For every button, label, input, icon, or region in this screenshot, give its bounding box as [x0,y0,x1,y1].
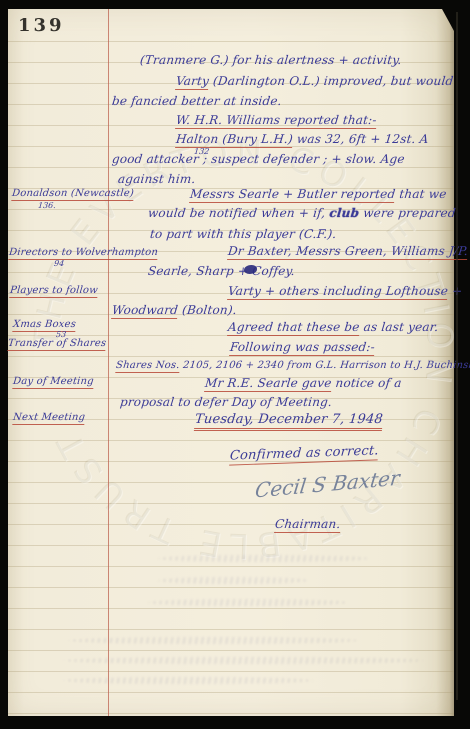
underlined-text: Varty [175,74,210,90]
underlined-text: Transfer of Shares [7,338,107,351]
body-text: notice of a [331,376,403,390]
overwritten-word: club [329,206,360,220]
minute-book-page: THE EVERTON COLLECTION CHARITABLE TRUST … [8,9,454,716]
body-text: would be notified when + if, [147,206,330,220]
bleedthrough-mark [68,637,358,644]
margin-note-directors: Directors to Wolverhampton [8,246,158,260]
body-text: (Darlington O.L.) improved, but would [208,74,454,88]
body-line: W. H.R. Williams reported that:- [175,113,377,127]
underlined-text: Donaldson (Newcastle) [11,188,134,201]
body-text: to part with this player (C.F.). [149,227,337,241]
body-line: Agreed that these be as last year. [227,320,439,334]
body-text: that we [395,187,448,201]
underlined-text: Confirmed as correct. [229,443,379,465]
underlined-text: Chairman. [274,517,341,533]
body-text: be fancied better at inside. [111,94,282,108]
bleedthrough-mark [63,677,313,684]
underlined-text: Tuesday, December 7, 1948 [194,412,384,431]
margin-note-donaldson: Donaldson (Newcastle) [11,187,134,201]
body-text: was 32, 6ft + 12st. A [292,132,429,146]
underlined-text: Halton (Bury L.H.) [175,132,294,148]
body-text: as last year. [359,320,439,334]
underlined-text: Next Meeting [12,412,85,425]
body-line: (Tranmere G.) for his alertness + activi… [139,53,402,67]
body-line: Shares Nos. 2105, 2106 + 2340 from G.L. … [115,359,470,373]
underlined-text: W. H.R. Williams reported that:- [175,113,377,129]
underlined-text: Varty + others including Lofthouse [227,284,449,300]
margin-note-shares: Transfer of Shares [7,337,107,351]
body-line: Dr Baxter, Messrs Green, Williams J/P. [227,244,469,258]
body-line: Following was passed:- [229,340,375,354]
body-text: were prepared [358,206,456,220]
body-line: be fancied better at inside. [111,94,282,108]
red-margin-line [108,9,109,716]
underlined-text: Day of Meeting [12,376,94,389]
underlined-text: Messrs Searle + Butler reported [189,187,396,203]
body-text: 2105, 2106 + 2340 from G.L. Harrison to … [179,360,470,371]
body-line: Woodward (Bolton). [111,303,237,317]
body-line: Halton (Bury L.H.) was 32, 6ft + 12st. A [175,132,429,146]
underlined-text: Following was passed:- [229,340,376,356]
margin-note-number: 136. [38,201,57,210]
body-line: Searle, Sharp + Coffey. [147,264,295,278]
underlined-text: Players to follow [9,285,98,298]
underlined-text: Mr R.E. Searle gave [204,376,332,392]
margin-note-number: 94 [54,259,65,268]
chairman-title: Chairman. [274,517,341,531]
bleedthrough-mark [148,599,348,606]
confirmation-line: Confirmed as correct. [229,444,379,463]
underlined-text: Dr Baxter, Messrs Green, Williams J/P. [227,244,469,260]
bleedthrough-mark [158,577,308,584]
page-number: 139 [18,15,65,36]
body-line: good attacker ; suspect defender ; + slo… [111,152,405,166]
body-text: proposal to defer Day of Meeting. [119,395,333,409]
margin-note-next-meeting: Next Meeting [12,411,86,425]
margin-note-players: Players to follow [9,284,98,298]
body-text: good attacker ; suspect defender ; + slo… [111,152,405,166]
body-line: to part with this player (C.F.). [149,227,337,241]
underlined-text: Xmas Boxes [12,319,76,332]
body-line: Varty (Darlington O.L.) improved, but wo… [175,74,454,88]
page-corner-shadow [442,9,454,31]
chairman-signature: Cecil S Baxter [254,466,401,503]
underlined-text: Directors to Wolverhampton [8,247,158,260]
underlined-text: Woodward [111,303,179,319]
bleedthrough-mark [158,555,368,562]
body-text: (Bolton). [177,303,237,317]
bleedthrough-mark [63,657,423,664]
body-text: (Tranmere G.) for his alertness + activi… [139,53,402,67]
body-text: Searle, Sharp + Coffey. [147,264,295,278]
body-line: against him. [117,172,196,186]
underlined-text: Agreed that these be [227,320,360,336]
margin-note-day-of-meeting: Day of Meeting [12,375,94,389]
book-edge [456,12,458,700]
body-line: Varty + others including Lofthouse + [227,284,463,298]
body-line: would be notified when + if, club were p… [147,206,456,220]
underlined-text: Shares Nos. [115,360,180,373]
margin-note-xmas: Xmas Boxes [12,318,76,332]
meeting-date-line: Tuesday, December 7, 1948 [194,413,383,427]
body-line: Messrs Searle + Butler reported that we [189,187,447,201]
body-line: proposal to defer Day of Meeting. [119,395,333,409]
body-line: Mr R.E. Searle gave notice of a [204,376,402,390]
body-text: against him. [117,172,196,186]
